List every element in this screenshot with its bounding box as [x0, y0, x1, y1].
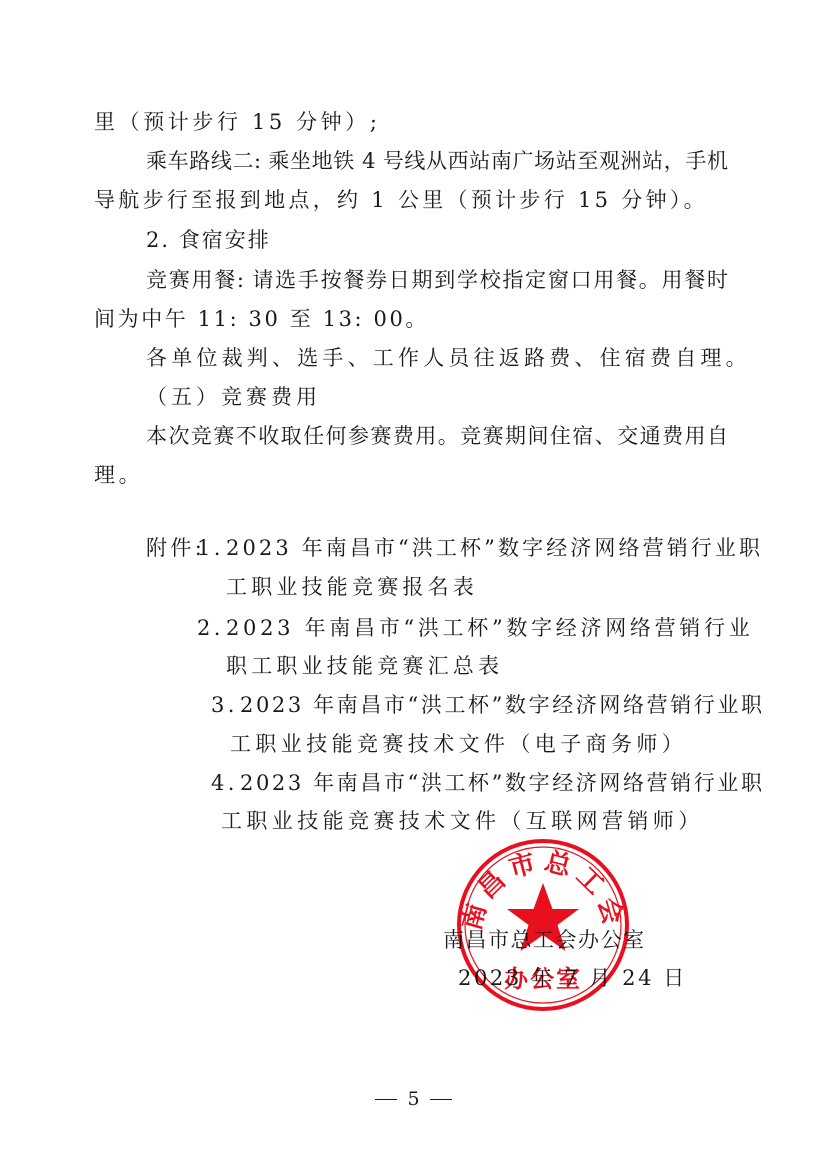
- paragraph-line: 导航步行至报到地点，约 1 公里（预计步行 15 分钟）。: [94, 185, 728, 215]
- star-icon: [507, 883, 579, 951]
- attachment-number: 4.: [211, 768, 238, 798]
- official-seal-stamp: 南昌市总工会 办公室: [455, 837, 631, 1013]
- attachment-title: 2023 年南昌市“洪工杯”数字经济网络营销行业职: [226, 533, 763, 563]
- attachment-title: 2023 年南昌市“洪工杯”数字经济网络营销行业: [226, 613, 753, 643]
- attachment-number: 3.: [211, 690, 238, 720]
- attachment-number: 2.: [197, 613, 224, 643]
- paragraph-line: 本次竞赛不收取任何参赛费用。竞赛期间住宿、交通费用自: [146, 421, 728, 451]
- attachment-title-cont: 工职业技能竞赛技术文件（电子商务师）: [230, 729, 687, 759]
- dash-left: [375, 1099, 397, 1100]
- paragraph-line: 理。: [94, 460, 728, 490]
- attachment-title: 2023 年南昌市“洪工杯”数字经济网络营销行业职: [240, 768, 765, 798]
- attachment-title-cont: 职工职业技能竞赛汇总表: [226, 651, 503, 681]
- paragraph-line: 间为中午 11: 30 至 13: 00。: [94, 304, 728, 334]
- paragraph-line: 各单位裁判、选手、工作人员往返路费、住宿费自理。: [146, 343, 728, 373]
- attachment-title-cont: 工职业技能竞赛报名表: [226, 572, 478, 602]
- paragraph-line: 乘车路线二: 乘坐地铁 4 号线从西站南广场站至观洲站，手机: [146, 146, 728, 176]
- section-heading: （五）竞赛费用: [146, 382, 728, 412]
- paragraph-line: 竞赛用餐: 请选手按餐券日期到学校指定窗口用餐。用餐时: [146, 265, 728, 295]
- section-heading: 2. 食宿安排: [146, 225, 728, 255]
- dash-right: [430, 1099, 452, 1100]
- seal-bottom-text: 办公室: [504, 965, 582, 993]
- page-number-value: 5: [407, 1087, 419, 1111]
- attachment-number: 1.: [197, 533, 224, 563]
- attachment-title-cont: 工职业技能竞赛技术文件（互联网营销师）: [221, 806, 704, 836]
- page-number: 5: [0, 1086, 827, 1111]
- attachment-title: 2023 年南昌市“洪工杯”数字经济网络营销行业职: [240, 690, 765, 720]
- paragraph-line: 里（预计步行 15 分钟）;: [94, 107, 728, 137]
